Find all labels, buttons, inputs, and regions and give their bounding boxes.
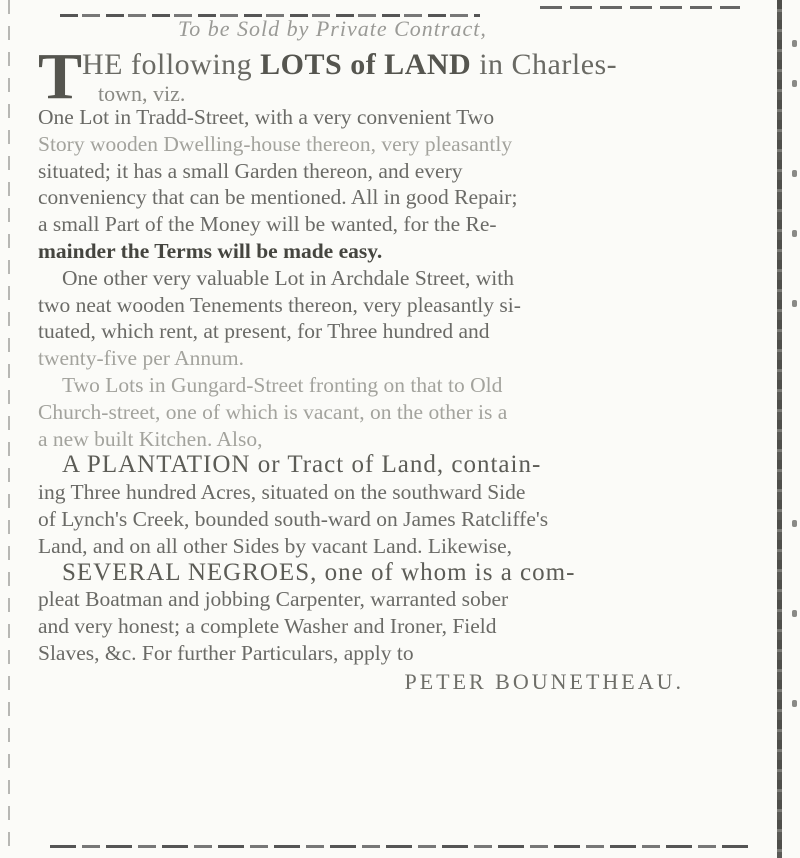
text-line: of Lynch's Creek, bounded south-ward on … bbox=[38, 506, 764, 533]
text-line: tuated, which rent, at present, for Thre… bbox=[38, 318, 764, 345]
adjacent-column-fragments bbox=[790, 0, 800, 858]
text-line: Story wooden Dwelling-house thereon, ver… bbox=[38, 131, 764, 158]
bottom-divider-rule bbox=[50, 845, 750, 848]
advertisement-body: One Lot in Tradd-Street, with a very con… bbox=[38, 104, 764, 667]
text-line: twenty-five per Annum. bbox=[38, 345, 764, 372]
text-line: ing Three hundred Acres, situated on the… bbox=[38, 479, 764, 506]
text-line: One other very valuable Lot in Archdale … bbox=[38, 265, 764, 292]
text-line: two neat wooden Tenements thereon, very … bbox=[38, 292, 764, 319]
column-rule bbox=[777, 0, 782, 858]
text-line: and very honest; a complete Washer and I… bbox=[38, 613, 764, 640]
text-line: a small Part of the Money will be wanted… bbox=[38, 211, 764, 238]
text-line: conveniency that can be mentioned. All i… bbox=[38, 184, 764, 211]
newspaper-page: To be Sold by Private Contract, T HE fol… bbox=[0, 0, 800, 858]
subhead: To be Sold by Private Contract, bbox=[38, 14, 764, 44]
headline: T HE following LOTS of LAND in Charles- … bbox=[38, 44, 764, 100]
text-line: Two Lots in Gungard-Street fronting on t… bbox=[38, 372, 764, 399]
text-line: pleat Boatman and jobbing Carpenter, war… bbox=[38, 586, 764, 613]
drop-cap: T bbox=[38, 46, 82, 108]
land-sale-advertisement: To be Sold by Private Contract, T HE fol… bbox=[38, 14, 764, 695]
text-line: Church-street, one of which is vacant, o… bbox=[38, 399, 764, 426]
signature: PETER BOUNETHEAU. bbox=[38, 669, 764, 695]
top-divider-rule-right bbox=[540, 6, 740, 9]
text-line: One Lot in Tradd-Street, with a very con… bbox=[38, 104, 764, 131]
text-line: Land, and on all other Sides by vacant L… bbox=[38, 533, 764, 560]
headline-line-2: town, viz. bbox=[98, 82, 185, 106]
text-line: SEVERAL NEGROES, one of whom is a com- bbox=[38, 560, 764, 587]
text-line: A PLANTATION or Tract of Land, contain- bbox=[38, 452, 764, 479]
text-line: a new built Kitchen. Also, bbox=[38, 426, 764, 453]
text-line: situated; it has a small Garden thereon,… bbox=[38, 158, 764, 185]
text-line: mainder the Terms will be made easy. bbox=[38, 238, 764, 265]
headline-line-1: HE following LOTS of LAND in Charles- bbox=[82, 50, 617, 80]
left-margin-rule bbox=[8, 0, 10, 858]
text-line: Slaves, &c. For further Particulars, app… bbox=[38, 640, 764, 667]
